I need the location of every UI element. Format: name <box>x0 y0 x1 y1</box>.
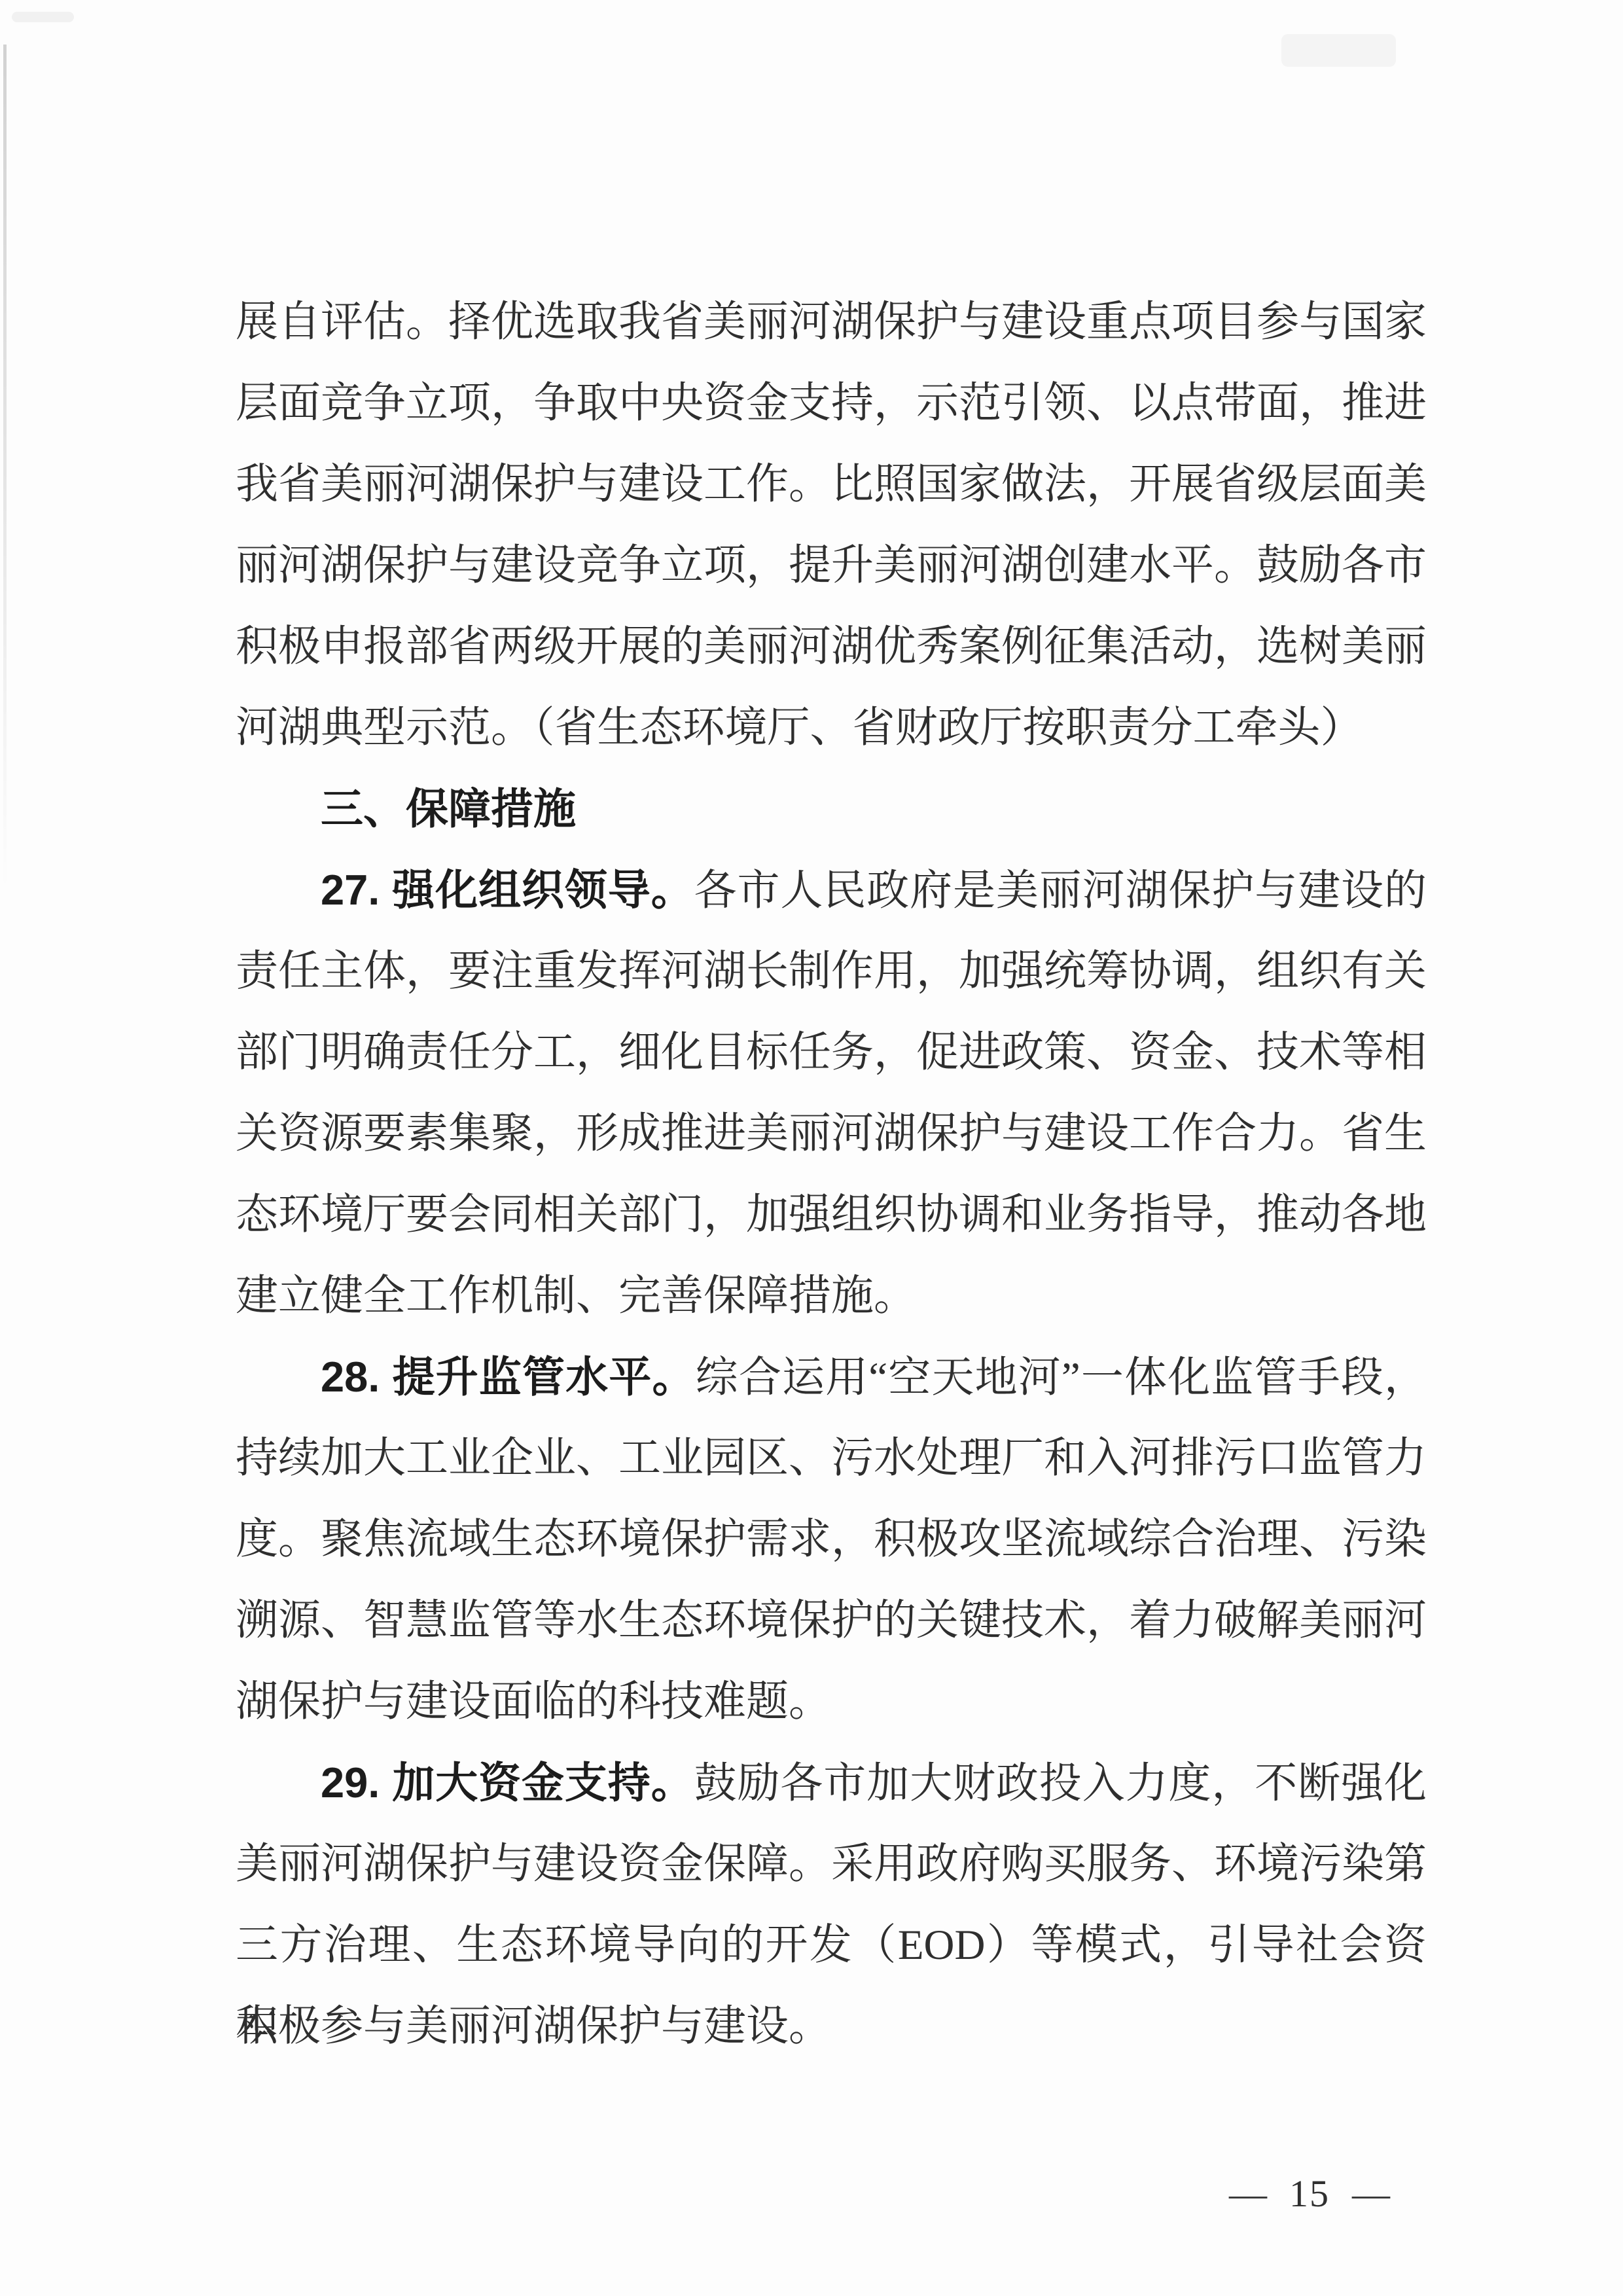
page-footer: — 15 — <box>1229 2172 1390 2215</box>
text-line: 积极申报部省两级开展的美丽河湖优秀案例征集活动，选树美丽 <box>236 606 1427 687</box>
text-line: 层面竞争立项，争取中央资金支持，示范引领、以点带面，推进 <box>236 363 1427 444</box>
text-run: 各市人民政府是美丽河湖保护与建设的 <box>694 867 1427 914</box>
text-line: 积极参与美丽河湖保护与建设。 <box>236 1986 1427 2067</box>
text-line: 27. 强化组织领导。各市人民政府是美丽河湖保护与建设的 <box>236 850 1427 931</box>
text-line: 部门明确责任分工，细化目标任务，促进政策、资金、技术等相 <box>236 1012 1427 1093</box>
section-heading: 三、保障措施 <box>236 768 1427 850</box>
text-run: 积极参与美丽河湖保护与建设。 <box>236 2003 831 2050</box>
text-run: 鼓励各市加大财政投入力度，不断强化 <box>694 1760 1427 1807</box>
text-line: 28. 提升监管水平。综合运用“空天地河”一体化监管手段， <box>236 1336 1427 1418</box>
document-body: 展自评估。择优选取我省美丽河湖保护与建设重点项目参与国家层面竞争立项，争取中央资… <box>236 281 1427 2067</box>
text-run: 持续加大工业企业、工业园区、污水处理厂和入河排污口监管力 <box>236 1435 1427 1482</box>
footer-dash-right: — <box>1352 2172 1390 2215</box>
page-number: 15 <box>1289 2172 1330 2215</box>
text-run: 关资源要素集聚，形成推进美丽河湖保护与建设工作合力。省生 <box>236 1110 1427 1157</box>
text-run: 积极申报部省两级开展的美丽河湖优秀案例征集活动，选树美丽 <box>236 623 1427 670</box>
text-run: 度。聚焦流域生态环境保护需求，积极攻坚流域综合治理、污染 <box>236 1516 1427 1563</box>
bold-text-run: 29. 加大资金支持。 <box>321 1759 694 1806</box>
bold-text-run: 三、保障措施 <box>321 785 576 833</box>
text-line: 美丽河湖保护与建设资金保障。采用政府购买服务、环境污染第 <box>236 1823 1427 1905</box>
text-line: 态环境厅要会同相关部门，加强组织协调和业务指导，推动各地 <box>236 1174 1427 1255</box>
text-line: 责任主体，要注重发挥河湖长制作用，加强统筹协调，组织有关 <box>236 931 1427 1012</box>
text-run: 层面竞争立项，争取中央资金支持，示范引领、以点带面，推进 <box>236 380 1427 427</box>
text-run: 建立健全工作机制、完善保障措施。 <box>236 1272 916 1319</box>
bold-text-run: 28. 提升监管水平。 <box>321 1353 696 1401</box>
text-line: 建立健全工作机制、完善保障措施。 <box>236 1255 1427 1336</box>
text-line: 湖保护与建设面临的科技难题。 <box>236 1661 1427 1742</box>
text-line: 关资源要素集聚，形成推进美丽河湖保护与建设工作合力。省生 <box>236 1093 1427 1174</box>
bold-text-run: 27. 强化组织领导。 <box>321 866 694 914</box>
document-page: { "footer": { "dash_left": "—", "page_nu… <box>0 0 1623 2296</box>
text-run: 综合运用“空天地河”一体化监管手段， <box>696 1354 1427 1401</box>
text-run: 丽河湖保护与建设竞争立项，提升美丽河湖创建水平。鼓励各市 <box>236 542 1427 589</box>
text-line: 河湖典型示范。（省生态环境厅、省财政厅按职责分工牵头） <box>236 687 1427 768</box>
text-line: 29. 加大资金支持。鼓励各市加大财政投入力度，不断强化 <box>236 1742 1427 1823</box>
scan-smudge-top-right <box>1281 34 1396 67</box>
footer-dash-left: — <box>1229 2172 1267 2215</box>
text-line: 溯源、智慧监管等水生态环境保护的关键技术，着力破解美丽河 <box>236 1580 1427 1661</box>
text-run: 溯源、智慧监管等水生态环境保护的关键技术，着力破解美丽河 <box>236 1597 1427 1644</box>
text-line: 展自评估。择优选取我省美丽河湖保护与建设重点项目参与国家 <box>236 281 1427 363</box>
text-run: 展自评估。择优选取我省美丽河湖保护与建设重点项目参与国家 <box>236 298 1427 346</box>
scan-edge-line <box>3 45 7 889</box>
text-run: 责任主体，要注重发挥河湖长制作用，加强统筹协调，组织有关 <box>236 948 1427 995</box>
text-line: 持续加大工业企业、工业园区、污水处理厂和入河排污口监管力 <box>236 1418 1427 1499</box>
text-run: 态环境厅要会同相关部门，加强组织协调和业务指导，推动各地 <box>236 1191 1427 1238</box>
text-line: 我省美丽河湖保护与建设工作。比照国家做法，开展省级层面美 <box>236 444 1427 525</box>
scan-smudge-top-left <box>12 12 74 22</box>
text-run: 部门明确责任分工，细化目标任务，促进政策、资金、技术等相 <box>236 1029 1427 1076</box>
text-run: 湖保护与建设面临的科技难题。 <box>236 1678 831 1725</box>
text-run: 河湖典型示范。（省生态环境厅、省财政厅按职责分工牵头） <box>236 704 1363 751</box>
text-run: 我省美丽河湖保护与建设工作。比照国家做法，开展省级层面美 <box>236 461 1427 508</box>
text-line: 三方治理、生态环境导向的开发（EOD）等模式，引导社会资本 <box>236 1905 1427 1986</box>
text-line: 丽河湖保护与建设竞争立项，提升美丽河湖创建水平。鼓励各市 <box>236 525 1427 606</box>
text-run: 美丽河湖保护与建设资金保障。采用政府购买服务、环境污染第 <box>236 1840 1427 1888</box>
text-line: 度。聚焦流域生态环境保护需求，积极攻坚流域综合治理、污染 <box>236 1499 1427 1580</box>
